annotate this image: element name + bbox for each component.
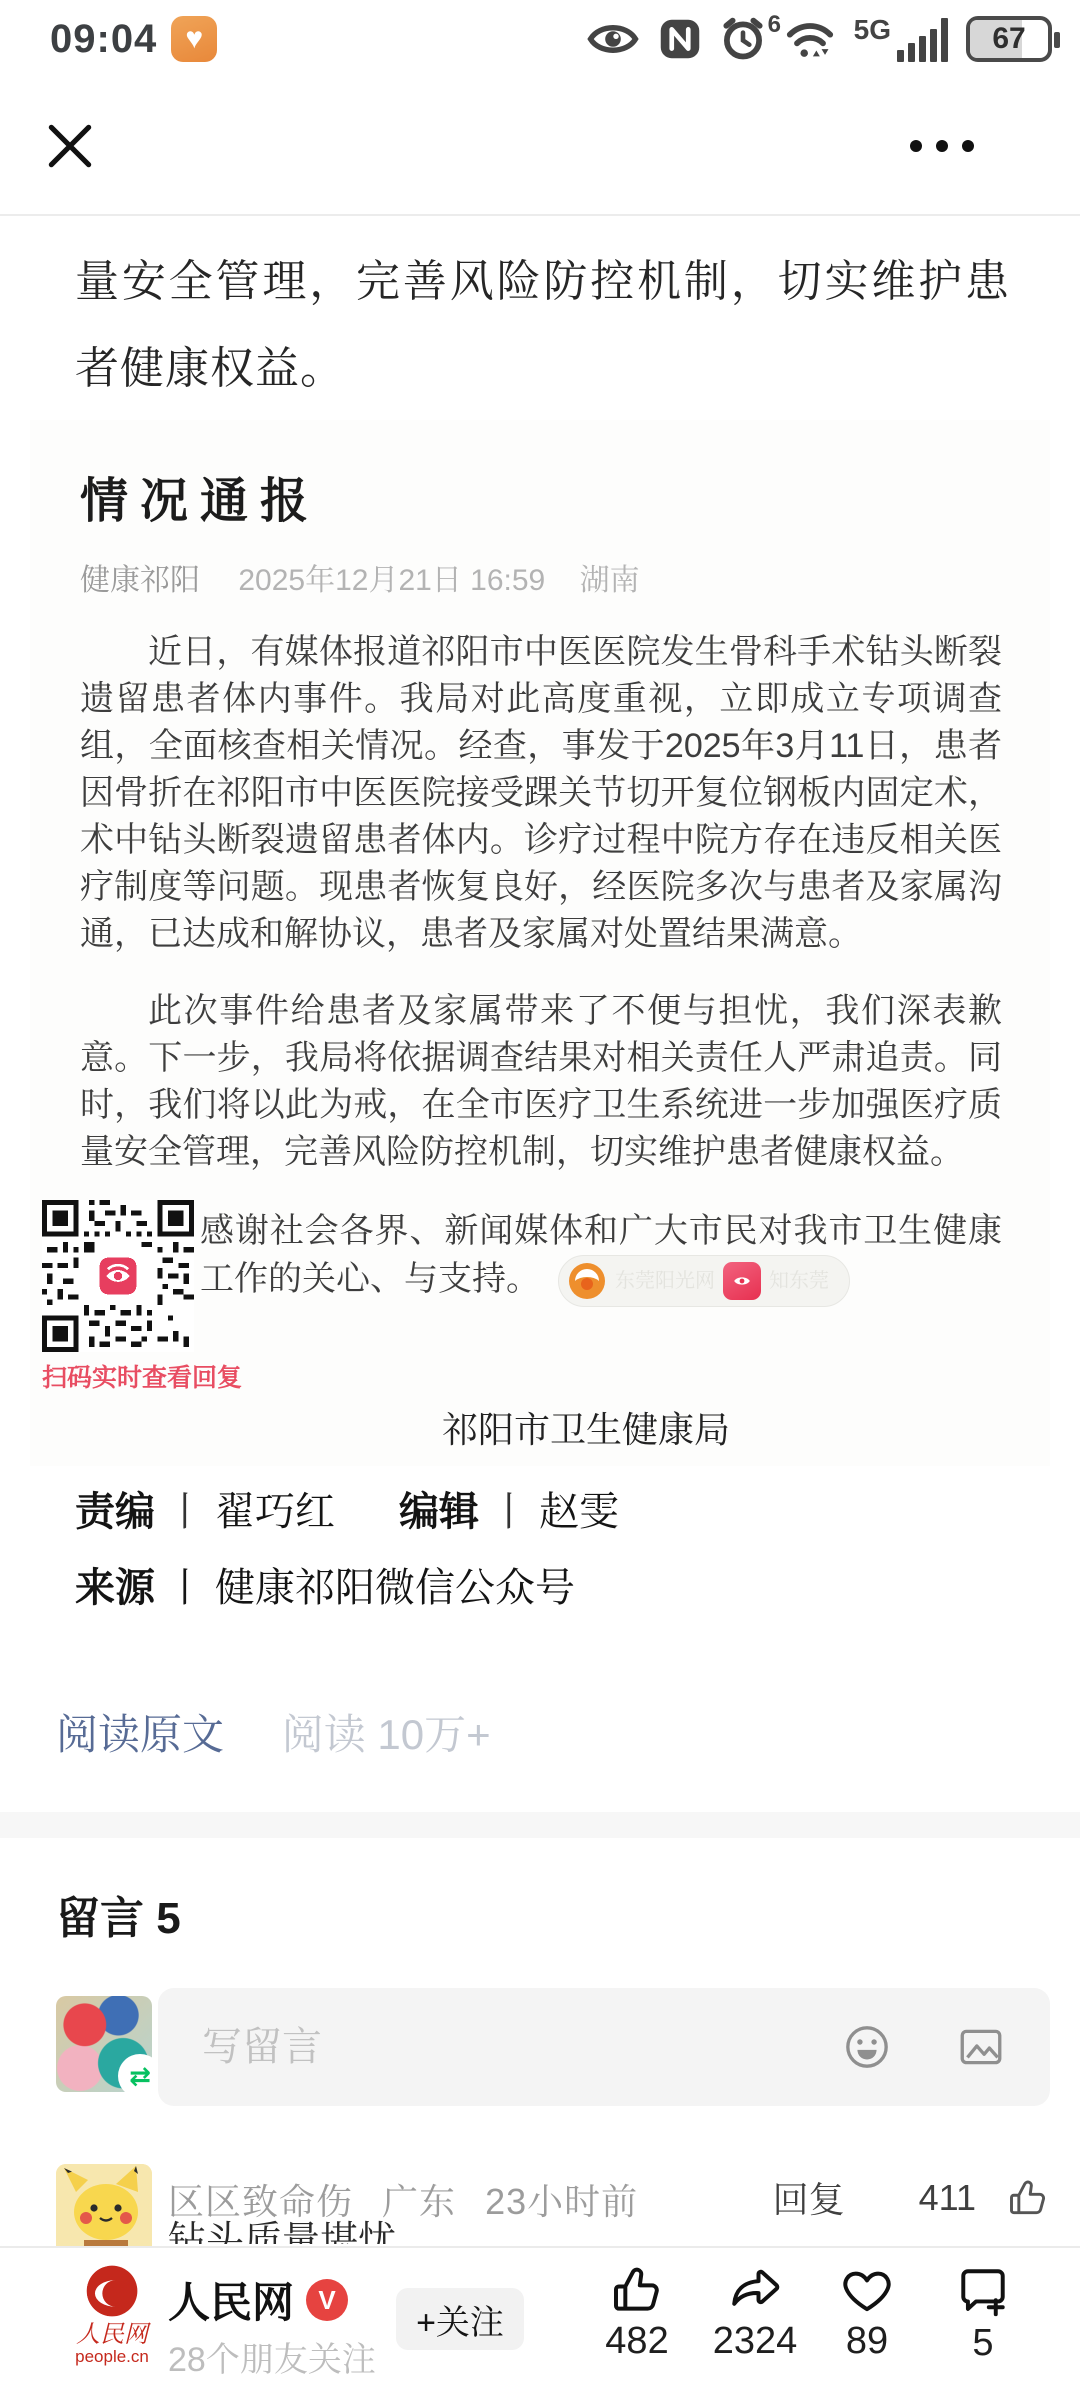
- read-original-link[interactable]: 阅读原文: [56, 1711, 224, 1758]
- qr-code: [42, 1200, 194, 1352]
- qr-code-block: 扫码实时查看回复: [42, 1200, 194, 1394]
- comment-author: 区区致命伤: [168, 2181, 353, 2222]
- favorite-count: 89: [812, 2320, 922, 2363]
- comment-like-count: 411: [919, 2177, 976, 2219]
- notice-meta: 健康祁阳 2025年12月21日 16:59 湖南: [80, 555, 1002, 599]
- notice-paragraph-1: 近日，有媒体报道祁阳市中医医院发生骨科手术钻头断裂遗留患者体内事件。我局对此高度…: [80, 629, 1002, 958]
- editor2-name: 赵雯: [539, 1490, 619, 1534]
- avatar-status-badge-icon: ⇄: [118, 2054, 162, 2098]
- editor-label: 责编: [75, 1490, 155, 1534]
- watermark-app-label: 知东莞: [769, 1271, 829, 1291]
- watermark-app-icon: [723, 1262, 761, 1300]
- editor-name: 翟巧红: [215, 1490, 335, 1534]
- wifi-icon: 6: [784, 17, 836, 61]
- followers-count: 28个朋友关注: [168, 2332, 376, 2381]
- article-body-text: 量安全管理，完善风险防控机制，切实维护患者健康权益。: [75, 238, 1010, 412]
- logo-subtext: people.cn: [62, 2348, 162, 2367]
- notice-source: 健康祁阳: [80, 564, 200, 597]
- watermark-site-label: 东莞阳光网: [615, 1271, 715, 1291]
- watermark-site-icon: [567, 1261, 607, 1301]
- comment-action[interactable]: 5: [928, 2262, 1038, 2365]
- like-count: 482: [582, 2320, 692, 2363]
- notice-region: 湖南: [580, 564, 640, 597]
- share-arrow-icon: [727, 2262, 783, 2318]
- people-cn-logo: 人民网 people.cn: [62, 2262, 162, 2367]
- thumbs-up-icon: [609, 2262, 665, 2318]
- read-row: 阅读原文 阅读 10万+: [56, 1702, 491, 1762]
- close-icon[interactable]: [42, 118, 98, 174]
- favorite-action[interactable]: 89: [812, 2262, 922, 2363]
- like-action[interactable]: 482: [582, 2262, 692, 2363]
- wechat-article-screen: 09:04 ♥ 6: [0, 0, 1080, 2400]
- comment-bubble-icon: [955, 2262, 1011, 2320]
- cellular-signal-icon: 5G: [854, 16, 948, 62]
- read-count: 阅读 10万+: [282, 1711, 491, 1758]
- section-divider: [0, 1812, 1080, 1838]
- notice-paragraph-3: 感谢社会各界、新闻媒体和广大市民对我市卫生健康工作的关心、与支持。 东莞阳光网: [80, 1208, 1002, 1358]
- byline-editors: 责编丨翟巧红编辑丨赵雯: [75, 1480, 619, 1537]
- comment-count: 5: [928, 2322, 1038, 2365]
- notice-datetime: 2025年12月21日 16:59: [238, 564, 545, 597]
- comment-like-icon[interactable]: [1006, 2176, 1050, 2220]
- source-label: 来源: [75, 1566, 155, 1610]
- article-header: [0, 72, 1080, 216]
- comment-input-row: ⇄ 写留言: [56, 1988, 1050, 2106]
- verified-badge: V: [306, 2279, 348, 2321]
- notice-paragraph-2: 此次事件给患者及家属带来了不便与担忧，我们深表歉意。下一步，我局将依据调查结果对…: [80, 988, 1002, 1176]
- watermark-pill: 东莞阳光网 知东莞: [558, 1255, 850, 1307]
- heart-app-status-icon: ♥: [171, 16, 217, 62]
- alarm-icon: [720, 16, 766, 62]
- comment-input[interactable]: 写留言: [158, 1988, 1050, 2106]
- image-upload-icon[interactable]: [956, 2022, 1006, 2072]
- notice-title: 情况通报: [80, 462, 1002, 531]
- notice-signature: 祁阳市卫生健康局: [80, 1402, 1002, 1453]
- notice-image: 情况通报 健康祁阳 2025年12月21日 16:59 湖南 近日，有媒体报道祁…: [30, 420, 1050, 1466]
- comments-count: 5: [156, 1894, 180, 1943]
- bottom-bar: 人民网 people.cn 人民网 V 28个朋友关注 +关注 482 2324…: [0, 2246, 1080, 2400]
- share-count: 2324: [700, 2320, 810, 2363]
- comment-placeholder: 写留言: [202, 1988, 322, 2106]
- emoji-icon[interactable]: [842, 2022, 892, 2072]
- share-action[interactable]: 2324: [700, 2262, 810, 2363]
- byline-source: 来源丨健康祁阳微信公众号: [75, 1556, 575, 1613]
- status-icons: 6 5G 67: [586, 16, 1052, 62]
- nfc-icon: [658, 17, 702, 61]
- comment-location: 广东: [382, 2181, 456, 2222]
- qr-caption: 扫码实时查看回复: [42, 1358, 194, 1394]
- comments-title: 留言 5: [56, 1882, 181, 1946]
- source-name: 健康祁阳微信公众号: [215, 1566, 575, 1610]
- editor2-label: 编辑: [399, 1490, 479, 1534]
- comment-text-clipped: 钻头质量堪忧: [168, 2218, 396, 2244]
- more-menu-icon[interactable]: [910, 128, 1000, 164]
- logo-text: 人民网: [62, 2322, 162, 2348]
- eye-protection-icon: [586, 19, 640, 59]
- comment-time: 23小时前: [485, 2181, 638, 2222]
- clock: 09:04: [50, 17, 157, 62]
- heart-icon: [839, 2262, 895, 2318]
- reply-button[interactable]: 回复: [773, 2172, 845, 2223]
- battery-icon: 67: [966, 16, 1052, 62]
- status-bar: 09:04 ♥ 6: [0, 0, 1080, 72]
- account-name[interactable]: 人民网 V: [168, 2270, 348, 2330]
- follow-button[interactable]: +关注: [396, 2288, 524, 2350]
